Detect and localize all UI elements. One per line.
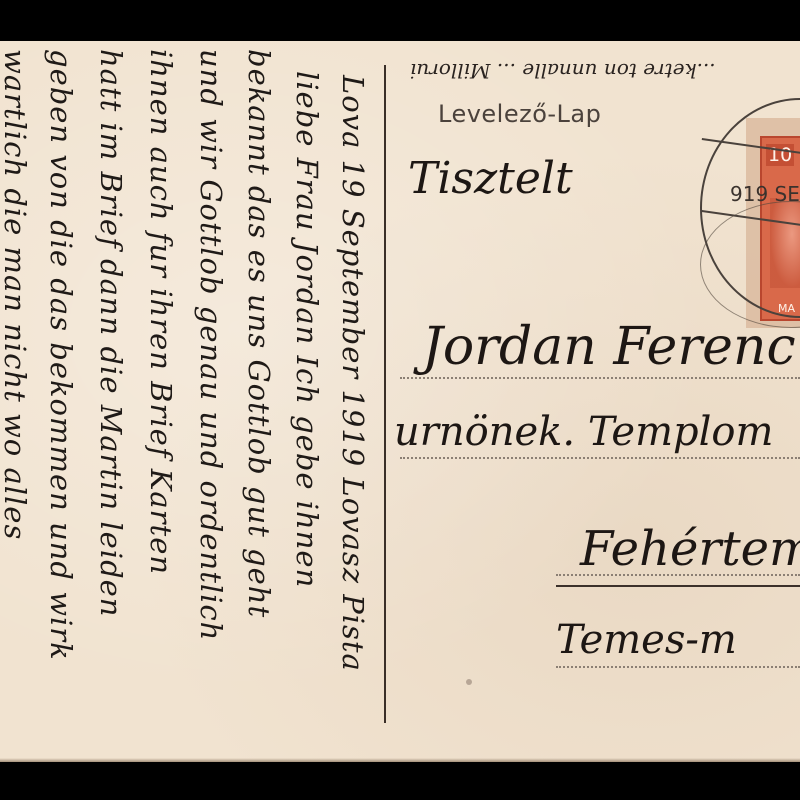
message-area: Lova 19 September 1919 Lovasz Pista lieb… xyxy=(0,41,382,762)
address-title-line: urnönek. Templom xyxy=(394,409,773,455)
address-dotted-line xyxy=(400,377,800,379)
paper-speck xyxy=(466,679,472,685)
message-line: wartlich die man nicht wo alles xyxy=(0,49,32,540)
message-line: geben von die das bekommen und wirk xyxy=(44,49,78,661)
address-dotted-line xyxy=(556,666,800,668)
postcard-header-title: Levelező-Lap xyxy=(438,100,601,128)
address-town: Fehértem xyxy=(580,521,800,577)
address-dotted-line xyxy=(400,457,800,459)
address-dotted-line xyxy=(556,574,800,576)
address-name: Jordan Ferenc xyxy=(422,317,796,377)
message-line: und wir Gottlob genau und ordentlich xyxy=(194,49,228,641)
message-line: liebe Frau Jordan Ich gebe ihnen xyxy=(290,71,324,588)
postmark-bar xyxy=(702,138,800,170)
postmark-date: 919 SE xyxy=(730,182,800,206)
address-underline xyxy=(556,585,800,587)
message-line: Lova 19 September 1919 Lovasz Pista xyxy=(336,75,370,672)
message-line: bekannt das es uns Gottlob gut geht xyxy=(242,49,276,618)
address-salutation: Tisztelt xyxy=(408,153,573,204)
message-line: ihnen auch fur ihren Brief Karten xyxy=(144,49,178,575)
message-line: hatt im Brief dann die Martin leiden xyxy=(94,49,128,617)
address-county: Temes-m xyxy=(556,617,737,663)
divider-line xyxy=(384,65,386,723)
upside-down-note: ...ketre ton unnalle ... Millorui xyxy=(410,49,800,83)
postcard: ...ketre ton unnalle ... Millorui Levele… xyxy=(0,41,800,762)
